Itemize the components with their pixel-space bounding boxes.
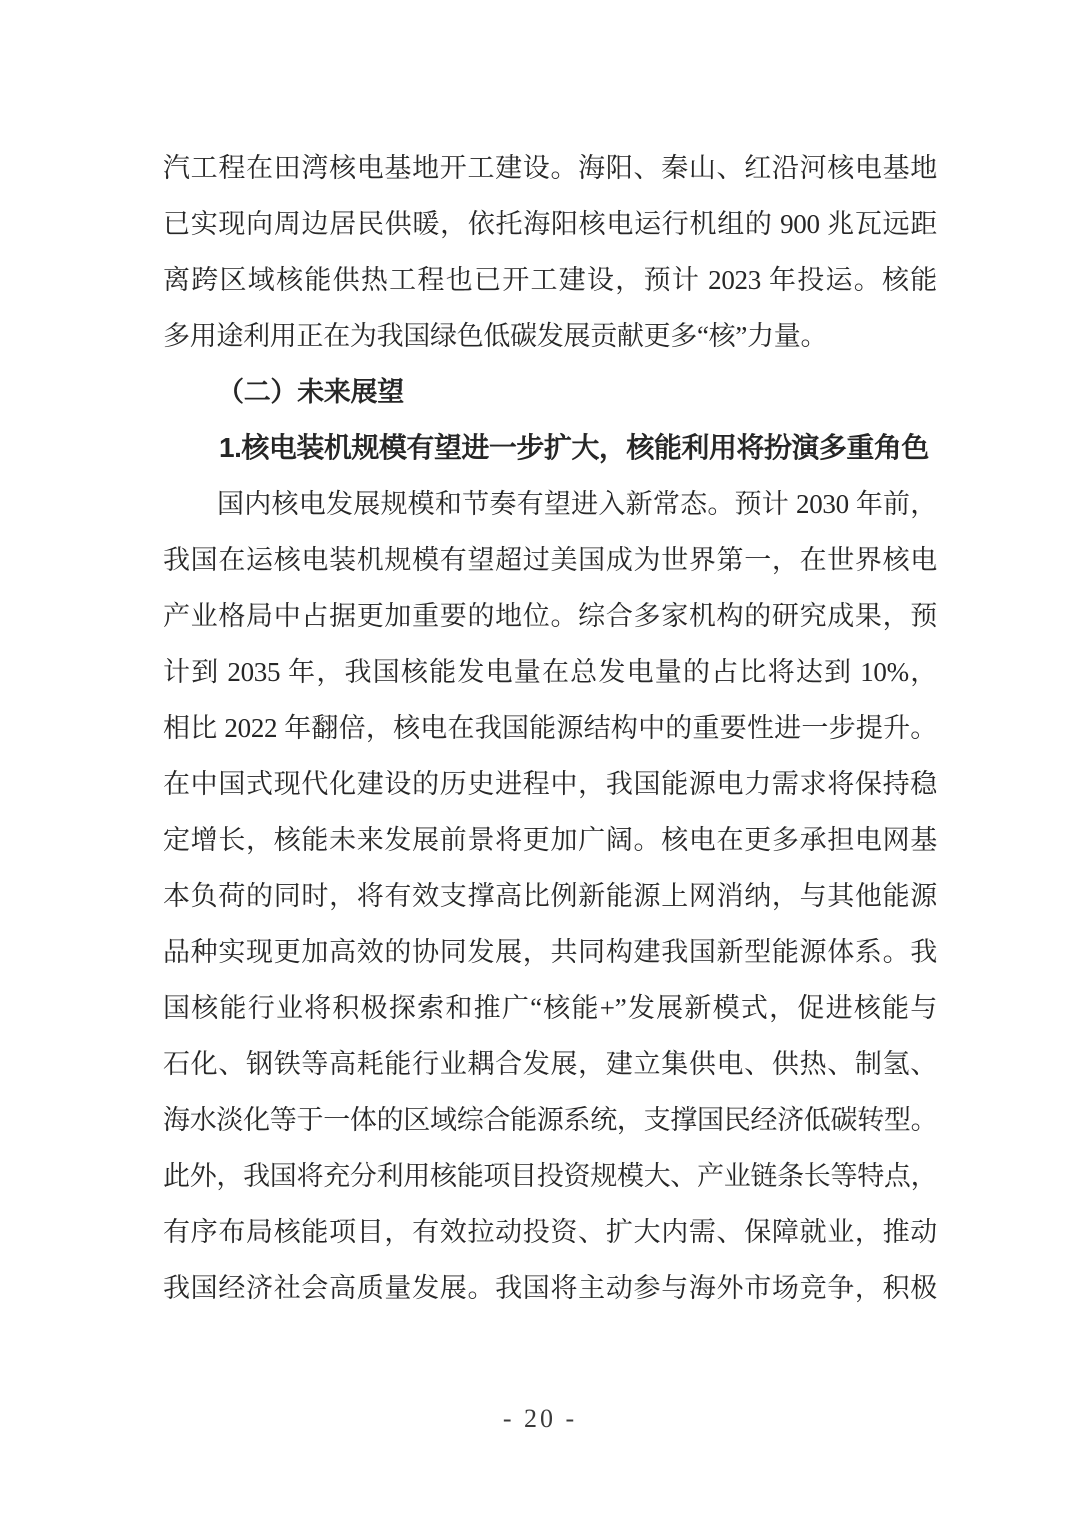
section-heading: （二）未来展望	[163, 364, 937, 420]
paragraph-line: 相比 2022 年翻倍，核电在我国能源结构中的重要性进一步提升。	[163, 700, 937, 756]
document-page: 汽工程在田湾核电基地开工建设。海阳、秦山、红沿河核电基地 已实现向周边居民供暖，…	[0, 0, 1080, 1527]
paragraph-line: 多用途利用正在为我国绿色低碳发展贡献更多“核”力量。	[163, 308, 937, 364]
paragraph-line: 在中国式现代化建设的历史进程中，我国能源电力需求将保持稳	[163, 756, 937, 812]
paragraph-line: 此外，我国将充分利用核能项目投资规模大、产业链条长等特点，	[163, 1148, 937, 1204]
paragraph-line: 定增长，核能未来发展前景将更加广阔。核电在更多承担电网基	[163, 812, 937, 868]
paragraph-line: 我国在运核电装机规模有望超过美国成为世界第一，在世界核电	[163, 532, 937, 588]
paragraph-line: 产业格局中占据更加重要的地位。综合多家机构的研究成果，预	[163, 588, 937, 644]
paragraph-line: 有序布局核能项目，有效拉动投资、扩大内需、保障就业，推动	[163, 1204, 937, 1260]
paragraph-line: 国核能行业将积极探索和推广“核能+”发展新模式，促进核能与	[163, 980, 937, 1036]
paragraph-line: 海水淡化等于一体的区域综合能源系统，支撑国民经济低碳转型。	[163, 1092, 937, 1148]
page-content: 汽工程在田湾核电基地开工建设。海阳、秦山、红沿河核电基地 已实现向周边居民供暖，…	[163, 140, 937, 1316]
paragraph-line: 汽工程在田湾核电基地开工建设。海阳、秦山、红沿河核电基地	[163, 140, 937, 196]
paragraph-line: 本负荷的同时，将有效支撑高比例新能源上网消纳，与其他能源	[163, 868, 937, 924]
paragraph-line: 国内核电发展规模和节奏有望进入新常态。预计 2030 年前，	[163, 476, 937, 532]
paragraph-line: 计到 2035 年，我国核能发电量在总发电量的占比将达到 10%，	[163, 644, 937, 700]
subsection-heading: 1.核电装机规模有望进一步扩大，核能利用将扮演多重角色	[163, 420, 937, 476]
paragraph-line: 品种实现更加高效的协同发展，共同构建我国新型能源体系。我	[163, 924, 937, 980]
paragraph-line: 离跨区域核能供热工程也已开工建设，预计 2023 年投运。核能	[163, 252, 937, 308]
paragraph-line: 石化、钢铁等高耗能行业耦合发展，建立集供电、供热、制氢、	[163, 1036, 937, 1092]
page-number: - 20 -	[0, 1398, 1080, 1440]
paragraph-line: 已实现向周边居民供暖，依托海阳核电运行机组的 900 兆瓦远距	[163, 196, 937, 252]
paragraph-line: 我国经济社会高质量发展。我国将主动参与海外市场竞争，积极	[163, 1260, 937, 1316]
